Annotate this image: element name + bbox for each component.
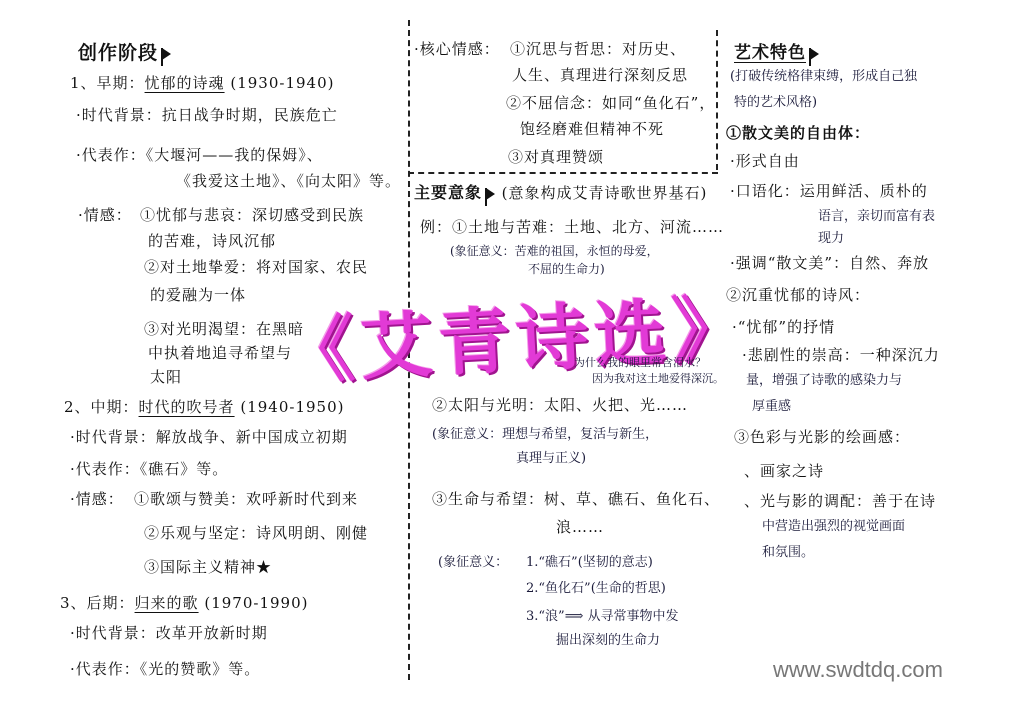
imagery-example-label: 例： [420,218,452,236]
early-emotion-2a: ②对土地挚爱：将对国家、农民 [144,258,368,276]
imagery-example-3-meaning-label: (象征意义： [438,556,508,570]
stages-heading: 创作阶段 [78,38,171,65]
art-feature-1: ①散文美的自由体： [726,124,870,142]
imagery-example-1: ①土地与苦难：土地、北方、河流…… [452,218,724,236]
core-item-3: ③对真理赞颂 [508,148,604,166]
imagery-example-3a: ③生命与希望：树、草、礁石、鱼化石、 [432,490,720,508]
art-feature-2-a: ·“忧郁”的抒情 [732,318,835,336]
art-feature-3-b2: 中营造出强烈的视觉画面 [762,520,905,534]
flag-icon [162,48,171,60]
middle-works: ·代表作：《礁石》等。 [70,460,228,478]
early-emotion-1b: 的苦难，诗风沉郁 [148,232,276,250]
art-feature-3: ③色彩与光影的绘画感： [734,428,910,446]
art-heading: 艺术特色 [734,38,819,63]
art-feature-2-b1: ·悲剧性的崇高：一种深沉力 [742,346,940,364]
early-emotion-3a: ③对光明渴望：在黑暗 [144,320,304,338]
early-works-1: ·代表作：《大堰河——我的保姆》、 [76,146,323,164]
art-feature-3-b1: 、光与影的调配：善于在诗 [744,492,936,510]
quote-line-2: 因为我对这土地爱得深沉。 [592,372,724,386]
middle-background: ·时代背景：解放战争、新中国成立初期 [70,428,348,446]
middle-stage-title: 2、中期：时代的吹号者 (1940-1950) [64,398,344,416]
art-feature-1-b3: 现力 [818,232,844,246]
imagery-example-2: ②太阳与光明：太阳、火把、光…… [432,396,688,414]
art-feature-2-b2: 量，增强了诗歌的感染力与 [746,374,902,388]
early-emotion-3b: 中执着地追寻希望与 [148,344,292,362]
early-emotion-1a: ①忧郁与悲哀：深切感受到民族 [140,206,364,224]
divider-imagery-top [408,172,718,174]
middle-emotion-1: ①歌颂与赞美：欢呼新时代到来 [134,490,358,508]
early-works-2: 《我爱这土地》、《向太阳》等。 [176,172,401,190]
early-emotion-label: ·情感： [78,206,132,224]
art-feature-1-b2: 语言，亲切而富有表 [818,210,935,224]
imagery-example-1-meaning-b: 不屈的生命力) [528,262,605,276]
early-emotion-2b: 的爱融为一体 [150,286,246,304]
imagery-example-3-meaning-1: 1.“礁石”(坚韧的意志) [526,556,653,570]
imagery-example-1-meaning-a: (象征意义：苦难的祖国，永恒的母爱， [450,244,659,258]
early-stage-title: 1、早期：忧郁的诗魂 (1930-1940) [70,74,334,92]
early-background: ·时代背景：抗日战争时期，民族危亡 [76,106,338,124]
flag-icon [810,48,819,60]
art-feature-2: ②沉重忧郁的诗风： [726,286,870,304]
art-intro-a: (打破传统格律束缚，形成自己独 [730,70,917,84]
art-intro-b: 特的艺术风格) [734,96,817,110]
early-emotion-3c: 太阳 [150,368,182,386]
imagery-example-2-meaning-b: 真理与正义) [516,452,586,466]
art-feature-1-b1: ·口语化：运用鲜活、质朴的 [730,182,928,200]
art-feature-3-a: 、画家之诗 [744,462,824,480]
late-background: ·时代背景：改革开放新时期 [70,624,268,642]
core-item-2a: ②不屈信念：如同“鱼化石”， [506,94,715,112]
imagery-example-3b: 浪…… [556,518,604,536]
middle-emotion-2: ②乐观与坚定：诗风明朗、刚健 [144,524,368,542]
imagery-example-3-meaning-2: 2.“鱼化石”(生命的哲思) [526,582,666,596]
quote-line-1: 为什么我的眼里常含泪水？ [574,356,706,370]
late-stage-title: 3、后期：归来的歌 (1970-1990) [60,594,308,612]
imagery-example-3-meaning-3b: 掘出深刻的生命力 [556,634,660,648]
art-feature-1-c: ·强调“散文美”：自然、奔放 [730,254,929,272]
middle-emotion-3: ③国际主义精神★ [144,558,272,576]
watermark: www.swdtdq.com [773,657,943,683]
late-works: ·代表作：《光的赞歌》等。 [70,660,260,678]
art-feature-2-b3: 厚重感 [752,400,791,414]
flag-icon [486,188,495,200]
core-item-1a: ①沉思与哲思：对历史、 [510,40,686,58]
core-label: ·核心情感： [414,40,500,58]
art-feature-3-b3: 和氛围。 [762,546,814,560]
core-item-2b: 饱经磨难但精神不死 [520,120,664,138]
core-item-1b: 人生、真理进行深刻反思 [512,66,688,84]
divider-right [716,30,718,170]
middle-emotion-label: ·情感： [70,490,124,508]
imagery-example-2-meaning-a: (象征意义：理想与希望，复活与新生， [432,428,658,442]
imagery-example-3-meaning-3a: 3.“浪”⟹ 从寻常事物中发 [526,610,678,624]
art-feature-1-a: ·形式自由 [730,152,800,170]
imagery-heading: 主要意象 (意象构成艾青诗歌世界基石) [414,180,707,203]
